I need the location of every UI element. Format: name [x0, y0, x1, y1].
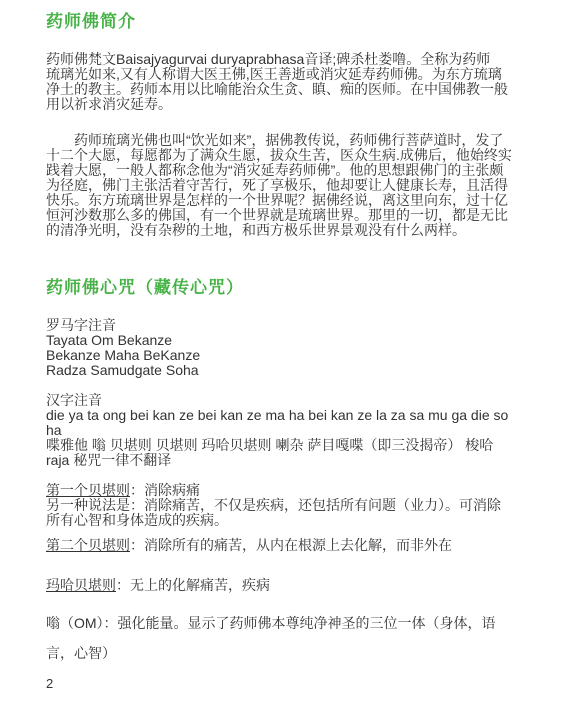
roman-transliteration-lines: Tayata Om Bekanze Bekanze Maha BeKanze R…: [46, 333, 521, 378]
hanzi-transliteration-label: 汉字注音: [46, 393, 521, 408]
om-paragraph: 嗡（OM）：强化能量。显示了药师佛本尊纯净神圣的三位一体（身体，语 言，心智）: [46, 608, 521, 668]
hanzi-mantra-line: 喋雅他 嗡 贝堪则 贝堪则 玛哈贝堪则 喇杂 萨目嘎喋（即三没揭帝） 梭哈: [46, 438, 521, 453]
intro-paragraph-2: 药师琉璃光佛也叫“饮光如来”，据佛教传说，药师佛行菩萨道时，发了 十二个大愿，每…: [46, 133, 521, 238]
document-page: 药师佛简介 药师佛梵文Baisajyagurvai duryaprabhasa音…: [0, 0, 563, 715]
maha-bekanze-entry: 玛哈贝堪则：无上的化解痛苦，疾病: [46, 578, 521, 593]
maha-bekanze-entry-label: 玛哈贝堪则: [46, 577, 116, 593]
bekanze-entry-1-line: 第一个贝堪则：消除病痛: [46, 483, 521, 498]
bekanze-entry-2-label: 第二个贝堪则: [46, 537, 130, 553]
bekanze-entry-1-label: 第一个贝堪则: [46, 482, 130, 498]
hanzi-transliteration-block: 汉字注音 die ya ta ong bei kan ze bei kan ze…: [46, 393, 521, 468]
mantra-heading: 药师佛心咒（藏传心咒）: [46, 278, 521, 298]
bekanze-entry-1: 第一个贝堪则：消除病痛 另一种说法是：消除痛苦，不仅是疾病，还包括所有问题（业力…: [46, 483, 521, 528]
bekanze-entry-1-alt: 另一种说法是：消除痛苦，不仅是疾病，还包括所有问题（业力）。可消除 所有心智和身…: [46, 498, 521, 528]
pinyin-lines: die ya ta ong bei kan ze bei kan ze ma h…: [46, 408, 521, 438]
roman-transliteration-label: 罗马字注音: [46, 318, 521, 333]
maha-bekanze-entry-text: ：无上的化解痛苦，疾病: [116, 577, 270, 593]
page-number: 2: [46, 676, 53, 691]
intro-paragraph-1: 药师佛梵文Baisajyagurvai duryaprabhasa音译;碑杀杜娄…: [46, 52, 521, 112]
raja-note-line: raja 秘咒一律不翻译: [46, 453, 521, 468]
bekanze-entry-2-text: ：消除所有的痛苦，从内在根源上去化解，而非外在: [130, 537, 452, 553]
bekanze-entry-2: 第二个贝堪则：消除所有的痛苦，从内在根源上去化解，而非外在: [46, 538, 521, 553]
intro-heading: 药师佛简介: [46, 12, 521, 32]
roman-transliteration-block: 罗马字注音 Tayata Om Bekanze Bekanze Maha BeK…: [46, 318, 521, 378]
bekanze-entry-1-text: ：消除病痛: [130, 482, 200, 498]
